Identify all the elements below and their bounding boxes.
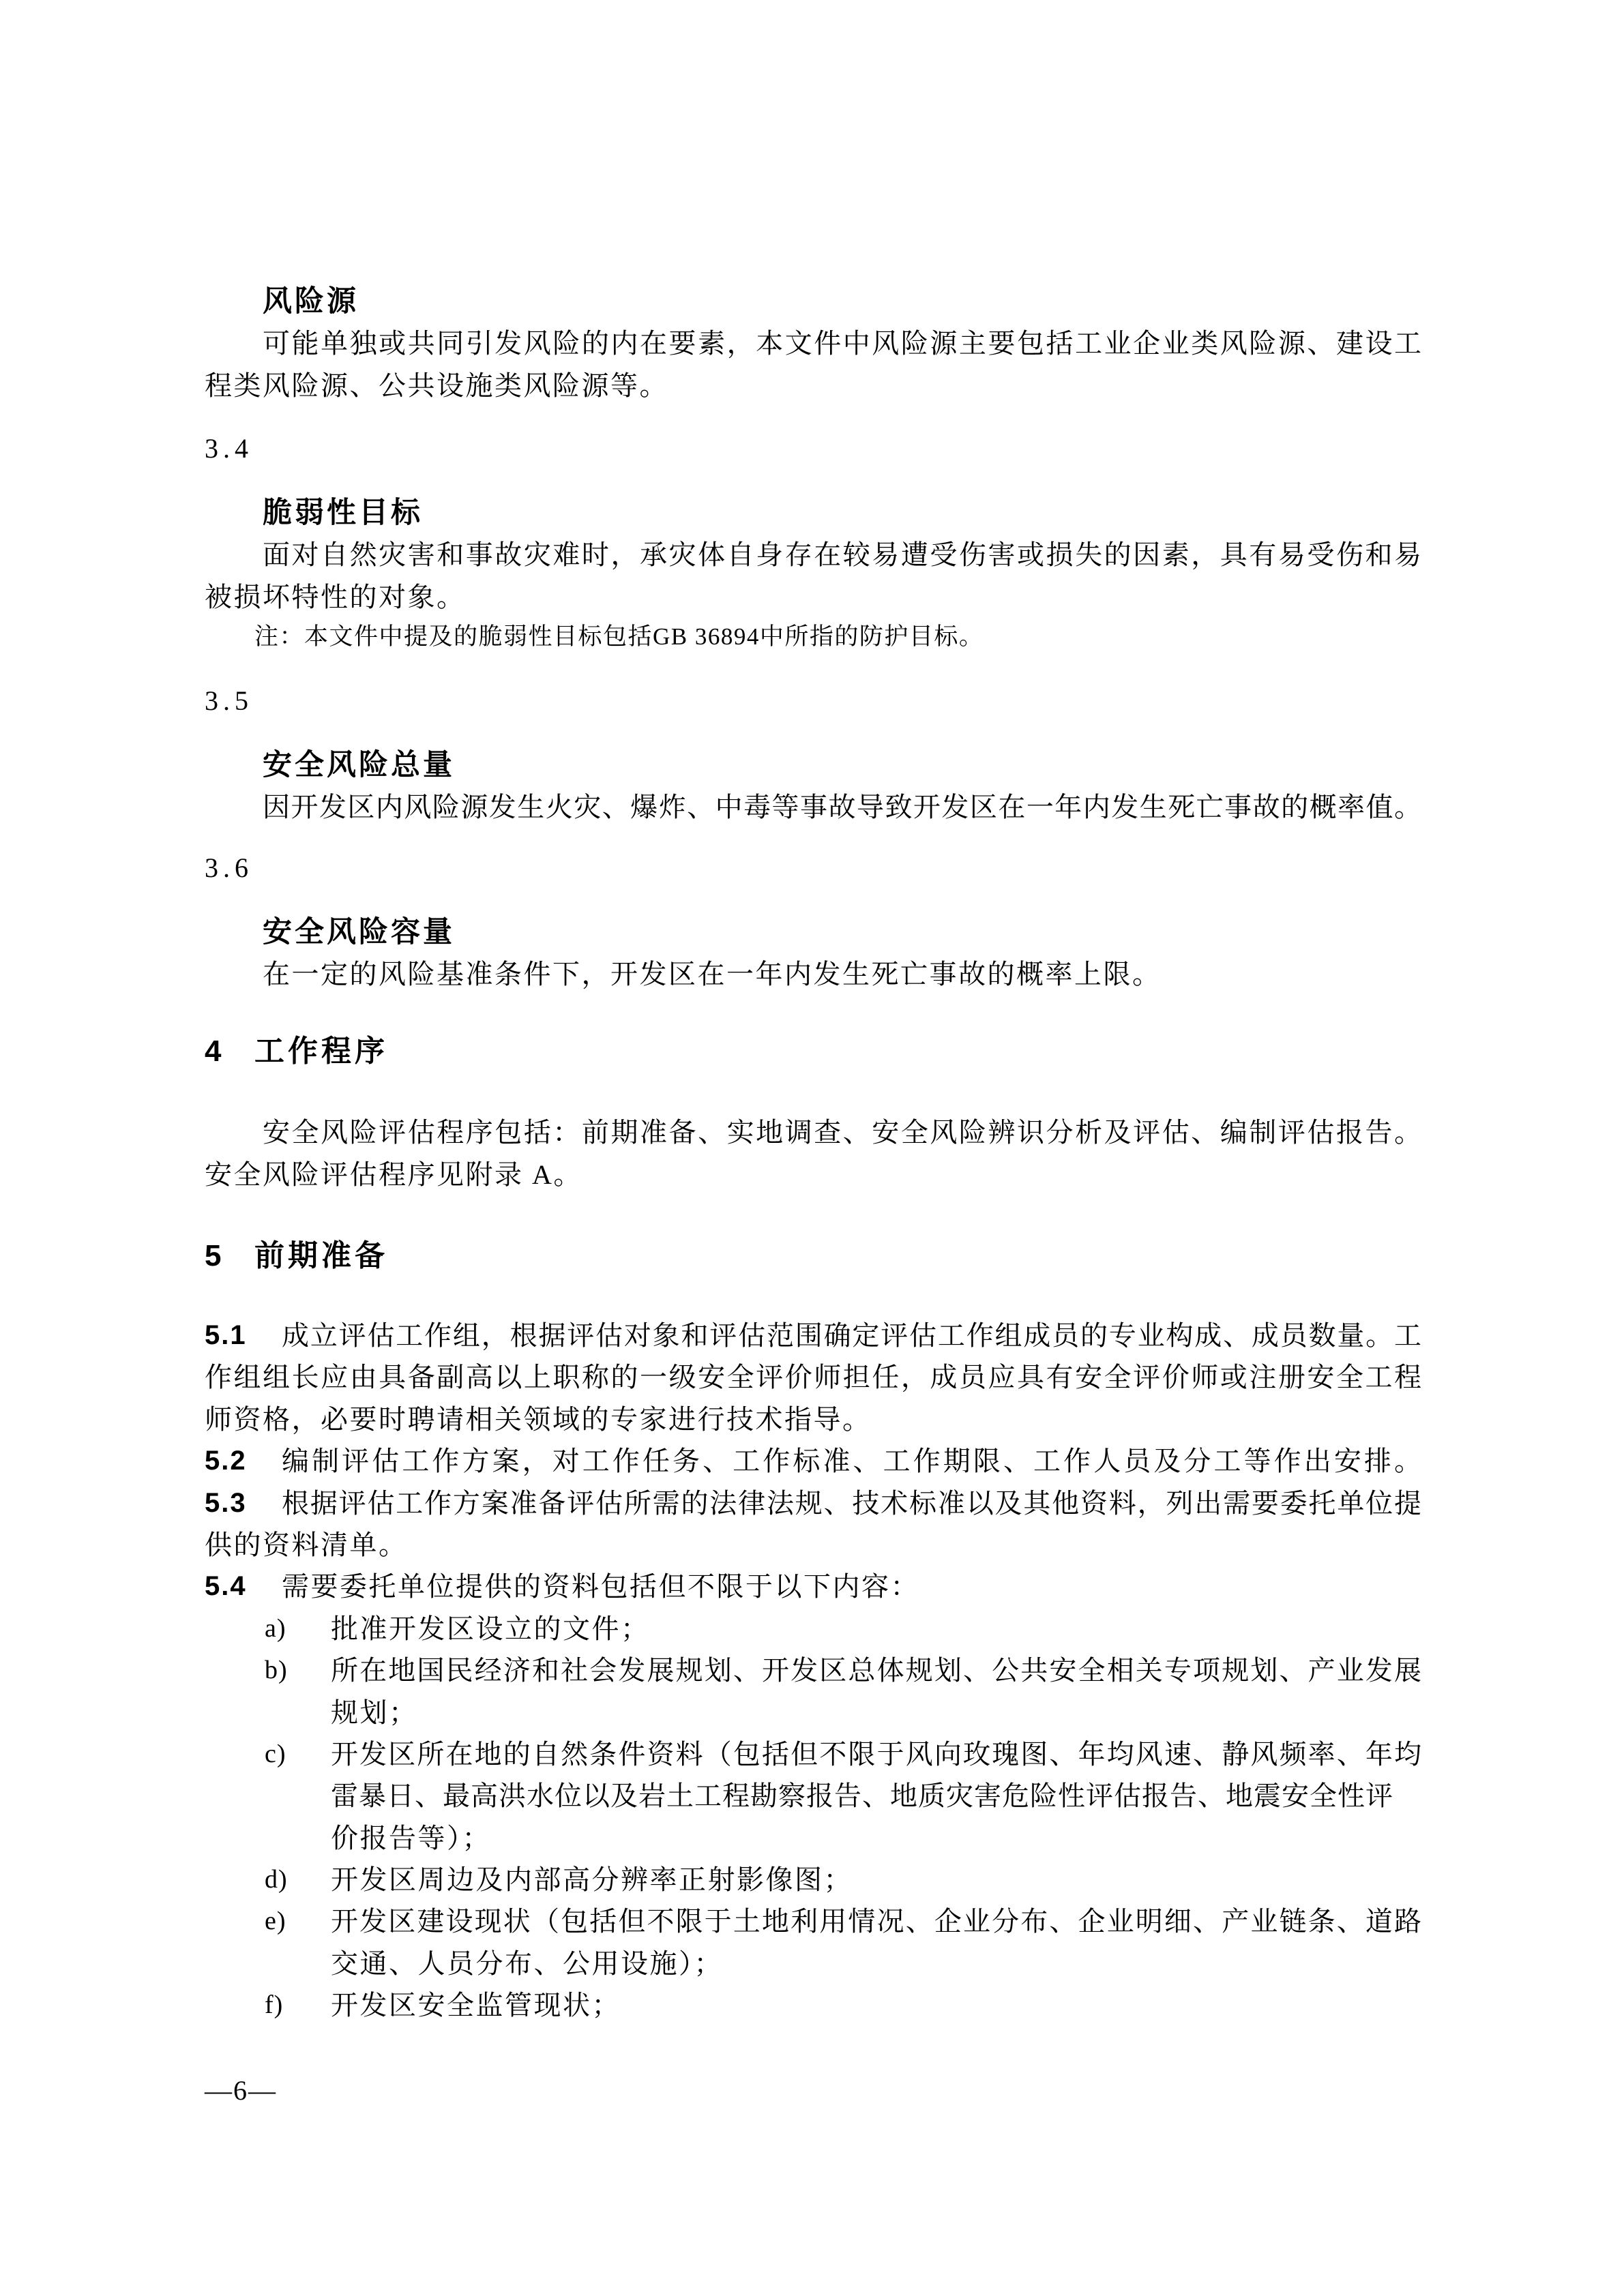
clause-5-3-line: 供的资料清单。: [205, 1524, 1422, 1566]
list-item-c-continuation: 价报告等）；: [205, 1817, 1422, 1859]
clause-text: 成立评估工作组，根据评估对象和评估范围确定评估工作组成员的专业构成、成员数量。工: [282, 1315, 1422, 1356]
list-item-b: b) 所在地国民经济和社会发展规划、开发区总体规划、公共安全相关专项规划、产业发…: [205, 1650, 1422, 1691]
term-block-vulnerability-target: 脆弱性目标 面对自然灾害和事故灾难时，承灾体自身存在较易遭受伤害或损失的因素，具…: [205, 492, 1422, 618]
section-title: 工作程序: [254, 1030, 388, 1073]
term-heading-vulnerability-target: 脆弱性目标: [205, 492, 1422, 534]
list-item-e: e) 开发区建设现状（包括但不限于土地利用情况、企业分布、企业明细、产业链条、道…: [205, 1900, 1422, 1942]
paragraph-line: 面对自然灾害和事故灾难时，承灾体自身存在较易遭受伤害或损失的因素，具有易受伤和易: [205, 534, 1422, 576]
clause-number-label: 3.5: [205, 680, 1422, 722]
clause-text: 编制评估工作方案，对工作任务、工作标准、工作期限、工作人员及分工等作出安排。: [282, 1440, 1422, 1482]
term-block-total-safety-risk: 安全风险总量 因开发区内风险源发生火灾、爆炸、中毒等事故导致开发区在一年内发生死…: [205, 744, 1422, 829]
paragraph-line: 可能单独或共同引发风险的内在要素，本文件中风险源主要包括工业企业类风险源、建设工: [205, 323, 1422, 365]
paragraph-line: 被损坏特性的对象。: [205, 576, 1422, 618]
list-item-text: 开发区所在地的自然条件资料（包括但不限于风向玫瑰图、年均风速、静风频率、年均: [331, 1733, 1422, 1775]
term-heading-risk-source: 风险源: [205, 280, 1422, 323]
clause-number-label: 5.2: [205, 1440, 282, 1482]
list-item-c-continuation: 雷暴日、最高洪水位以及岩土工程勘察报告、地质灾害危险性评估报告、地震安全性评: [205, 1775, 1422, 1817]
list-item-letter: c): [265, 1733, 331, 1775]
clause-number-label: 5.4: [205, 1566, 282, 1607]
term-block-risk-source: 风险源 可能单独或共同引发风险的内在要素，本文件中风险源主要包括工业企业类风险源…: [205, 280, 1422, 407]
paragraph-line: 在一定的风险基准条件下，开发区在一年内发生死亡事故的概率上限。: [205, 953, 1422, 996]
list-item-text: 开发区建设现状（包括但不限于土地利用情况、企业分布、企业明细、产业链条、道路: [331, 1900, 1422, 1942]
list-item-text: 开发区周边及内部高分辨率正射影像图；: [331, 1859, 1422, 1900]
list-item-text: 开发区安全监管现状；: [331, 1984, 1422, 2026]
list-item-c: c) 开发区所在地的自然条件资料（包括但不限于风向玫瑰图、年均风速、静风频率、年…: [205, 1733, 1422, 1775]
section-4-paragraph: 安全风险评估程序包括：前期准备、实地调查、安全风险辨识分析及评估、编制评估报告。…: [205, 1112, 1422, 1196]
list-item-f: f) 开发区安全监管现状；: [205, 1984, 1422, 2026]
paragraph-line: 程类风险源、公共设施类风险源等。: [205, 365, 1422, 407]
list-item-b-continuation: 规划；: [205, 1692, 1422, 1733]
clause-number-label: 3.4: [205, 428, 1422, 470]
list-item-letter: b): [265, 1650, 331, 1691]
list-item-letter: e): [265, 1900, 331, 1942]
clause-number-3-4: 3.4: [205, 428, 1422, 470]
clause-number-label: 3.6: [205, 847, 1422, 889]
clause-number-label: 5.3: [205, 1482, 282, 1524]
term-heading-safety-risk-capacity: 安全风险容量: [205, 911, 1422, 953]
clause-5-1-line: 5.1 成立评估工作组，根据评估对象和评估范围确定评估工作组成员的专业构成、成员…: [205, 1315, 1422, 1356]
term-heading-total-safety-risk: 安全风险总量: [205, 744, 1422, 786]
section-heading-4: 4 工作程序: [205, 1030, 1422, 1073]
clause-text: 根据评估工作方案准备评估所需的法律法规、技术标准以及其他资料，列出需要委托单位提: [282, 1482, 1422, 1524]
clause-text: 作组组长应由具备副高以上职称的一级安全评价师担任，成员应具有安全评价师或注册安全…: [205, 1356, 1422, 1398]
list-item-letter: f): [265, 1984, 331, 2026]
clause-number-3-5: 3.5: [205, 680, 1422, 722]
clause-5-3-line: 5.3 根据评估工作方案准备评估所需的法律法规、技术标准以及其他资料，列出需要委…: [205, 1482, 1422, 1524]
clause-number-label: 5.1: [205, 1315, 282, 1356]
list-item-a: a) 批准开发区设立的文件；: [205, 1608, 1422, 1650]
term-block-safety-risk-capacity: 安全风险容量 在一定的风险基准条件下，开发区在一年内发生死亡事故的概率上限。: [205, 911, 1422, 996]
clauses-5-flow: 5.1 成立评估工作组，根据评估对象和评估范围确定评估工作组成员的专业构成、成员…: [205, 1315, 1422, 2027]
list-item-e-continuation: 交通、人员分布、公用设施）；: [205, 1943, 1422, 1984]
list-item-text: 批准开发区设立的文件；: [331, 1608, 1422, 1650]
section-number: 5: [205, 1234, 254, 1278]
paragraph-line: 安全风险评估程序包括：前期准备、实地调查、安全风险辨识分析及评估、编制评估报告。: [205, 1112, 1422, 1154]
section-number: 4: [205, 1030, 254, 1073]
clause-text: 需要委托单位提供的资料包括但不限于以下内容：: [282, 1566, 1422, 1607]
list-item-d: d) 开发区周边及内部高分辨率正射影像图；: [205, 1859, 1422, 1900]
clause-5-2-line: 5.2 编制评估工作方案，对工作任务、工作标准、工作期限、工作人员及分工等作出安…: [205, 1440, 1422, 1482]
paragraph-line: 安全风险评估程序见附录 A。: [205, 1154, 1422, 1196]
note-block: 注：本文件中提及的脆弱性目标包括GB 36894中所指的防护目标。: [205, 619, 1422, 655]
document-page: 风险源 可能单独或共同引发风险的内在要素，本文件中风险源主要包括工业企业类风险源…: [0, 0, 1624, 2296]
clause-5-1-line: 师资格，必要时聘请相关领域的专家进行技术指导。: [205, 1399, 1422, 1440]
clause-5-1-line: 作组组长应由具备副高以上职称的一级安全评价师担任，成员应具有安全评价师或注册安全…: [205, 1356, 1422, 1398]
list-item-text: 所在地国民经济和社会发展规划、开发区总体规划、公共安全相关专项规划、产业发展: [331, 1650, 1422, 1691]
section-title: 前期准备: [254, 1234, 388, 1278]
paragraph-line: 因开发区内风险源发生火灾、爆炸、中毒等事故导致开发区在一年内发生死亡事故的概率值…: [205, 786, 1422, 829]
clause-5-4-line: 5.4 需要委托单位提供的资料包括但不限于以下内容：: [205, 1566, 1422, 1607]
page-number: —6—: [205, 2070, 277, 2111]
list-item-letter: a): [265, 1608, 331, 1650]
section-heading-5: 5 前期准备: [205, 1234, 1422, 1278]
list-item-letter: d): [265, 1859, 331, 1900]
clause-number-3-6: 3.6: [205, 847, 1422, 889]
note-line: 注：本文件中提及的脆弱性目标包括GB 36894中所指的防护目标。: [205, 619, 1422, 655]
